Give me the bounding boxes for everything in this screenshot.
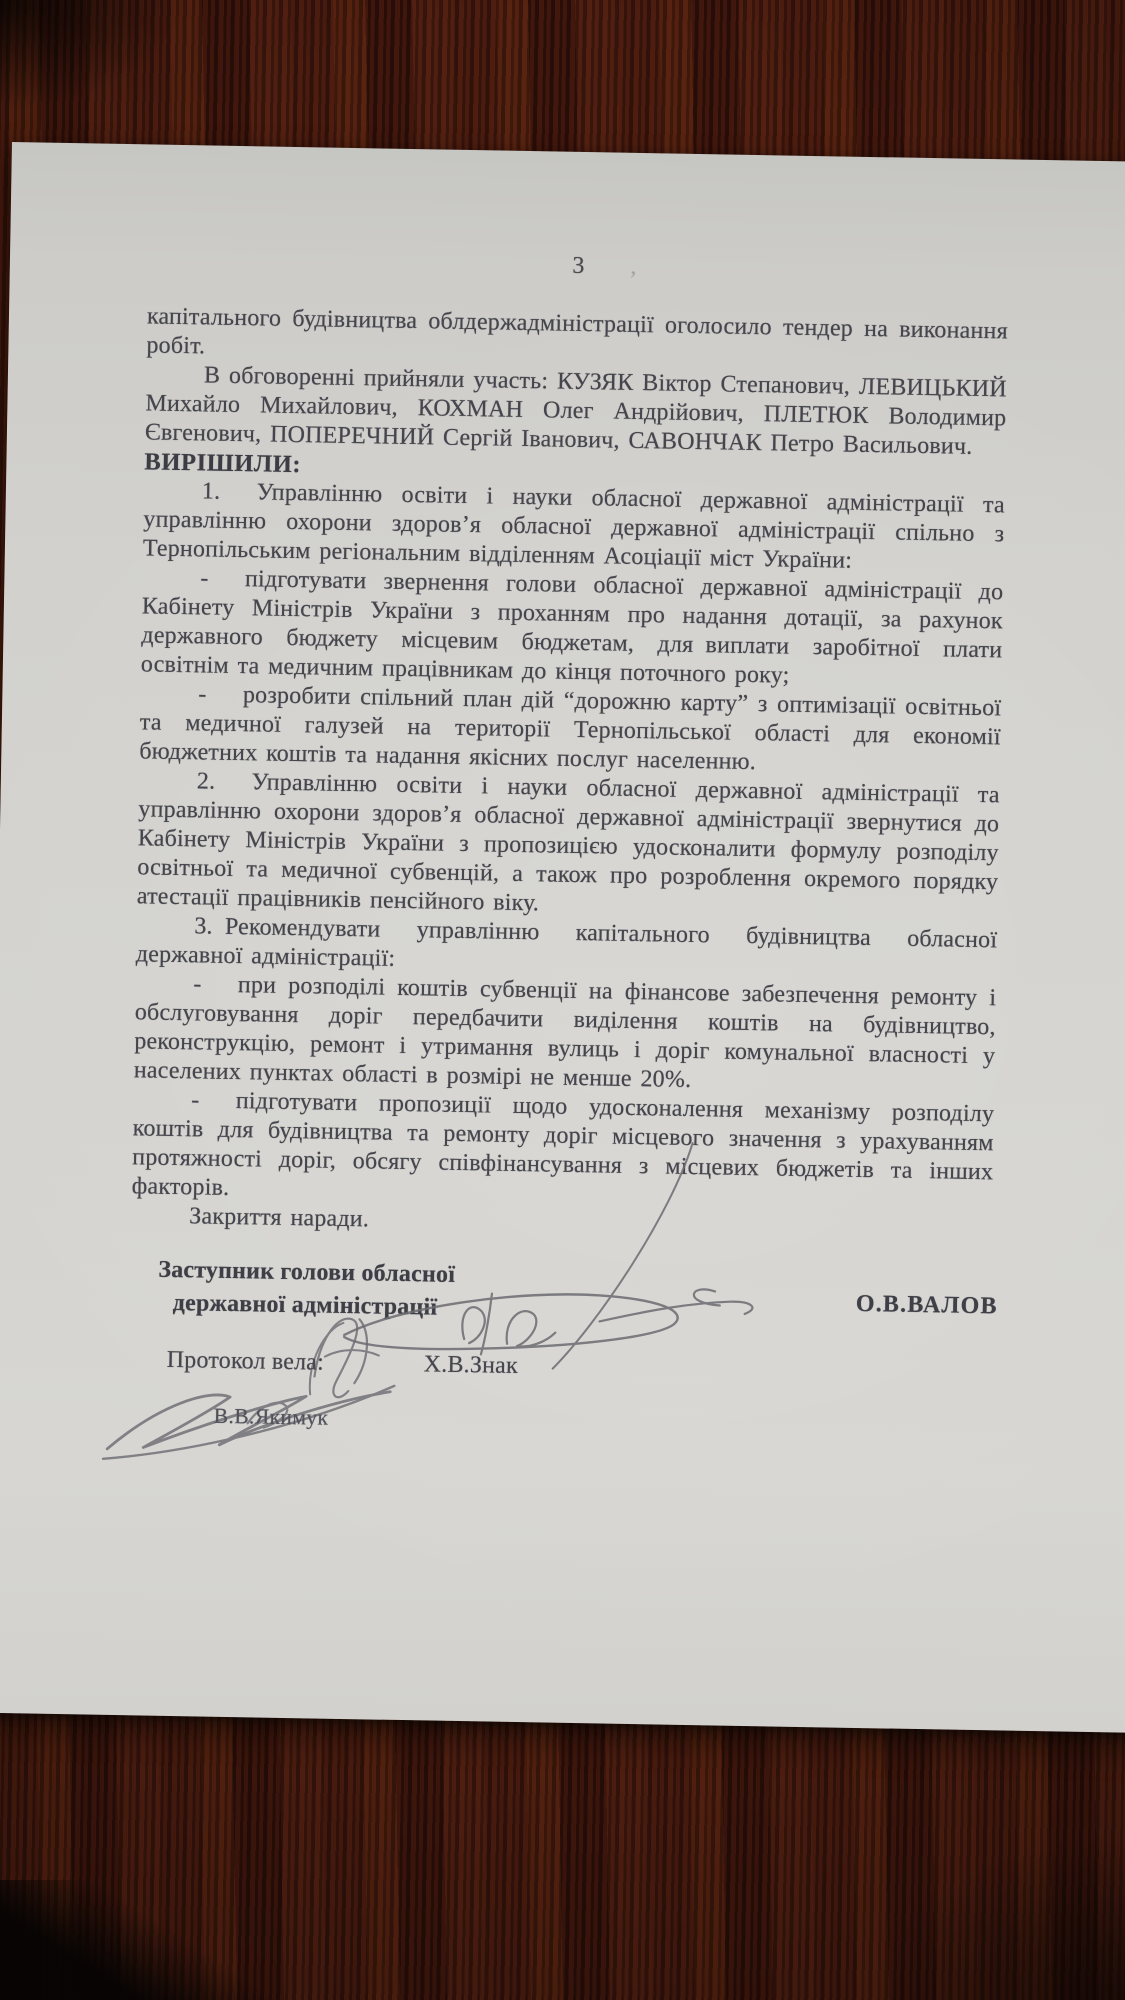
approver-name: О.В.ВАЛОВ [856,1290,998,1321]
page-number-value: 3 [572,253,585,279]
stray-ink-mark: , [630,253,637,282]
decision-subitem-1b: - розробити спільний план дій “дорожню к… [139,679,1001,781]
secretary-name: Х.В.Знак [423,1350,518,1381]
secretary-label: Протокол вела: [167,1346,325,1378]
recorder-name: В.В.Якимук [214,1402,329,1433]
table-shadow-bottom-left [0,1880,300,2000]
signature-block: Заступник голови обласної державної адмі… [126,1253,991,1530]
page-number: 3, [148,244,1009,288]
decision-item-2: 2. Управлінню освіти і науки обласної де… [137,766,1000,926]
decision-subitem-1a: - підготувати звернення голови обласної … [141,563,1004,694]
document-body: 3, капітального будівництва облдержадмін… [0,142,1125,1733]
decision-subitem-3a: - при розподілі коштів субвенції на фіна… [134,969,997,1100]
body-paragraph-participants: В обговоренні прийняли участь: КУЗЯК Вік… [145,360,1007,462]
document-page: 3, капітального будівництва облдержадмін… [0,142,1125,1733]
decision-item-1: 1. Управлінню освіти і науки обласної де… [143,476,1005,578]
table-shadow-top-left [0,0,220,130]
table-shadow-bottom-right [825,1800,1125,2000]
decision-subitem-3b: - підготувати пропозиції щодо удосконале… [132,1085,995,1216]
